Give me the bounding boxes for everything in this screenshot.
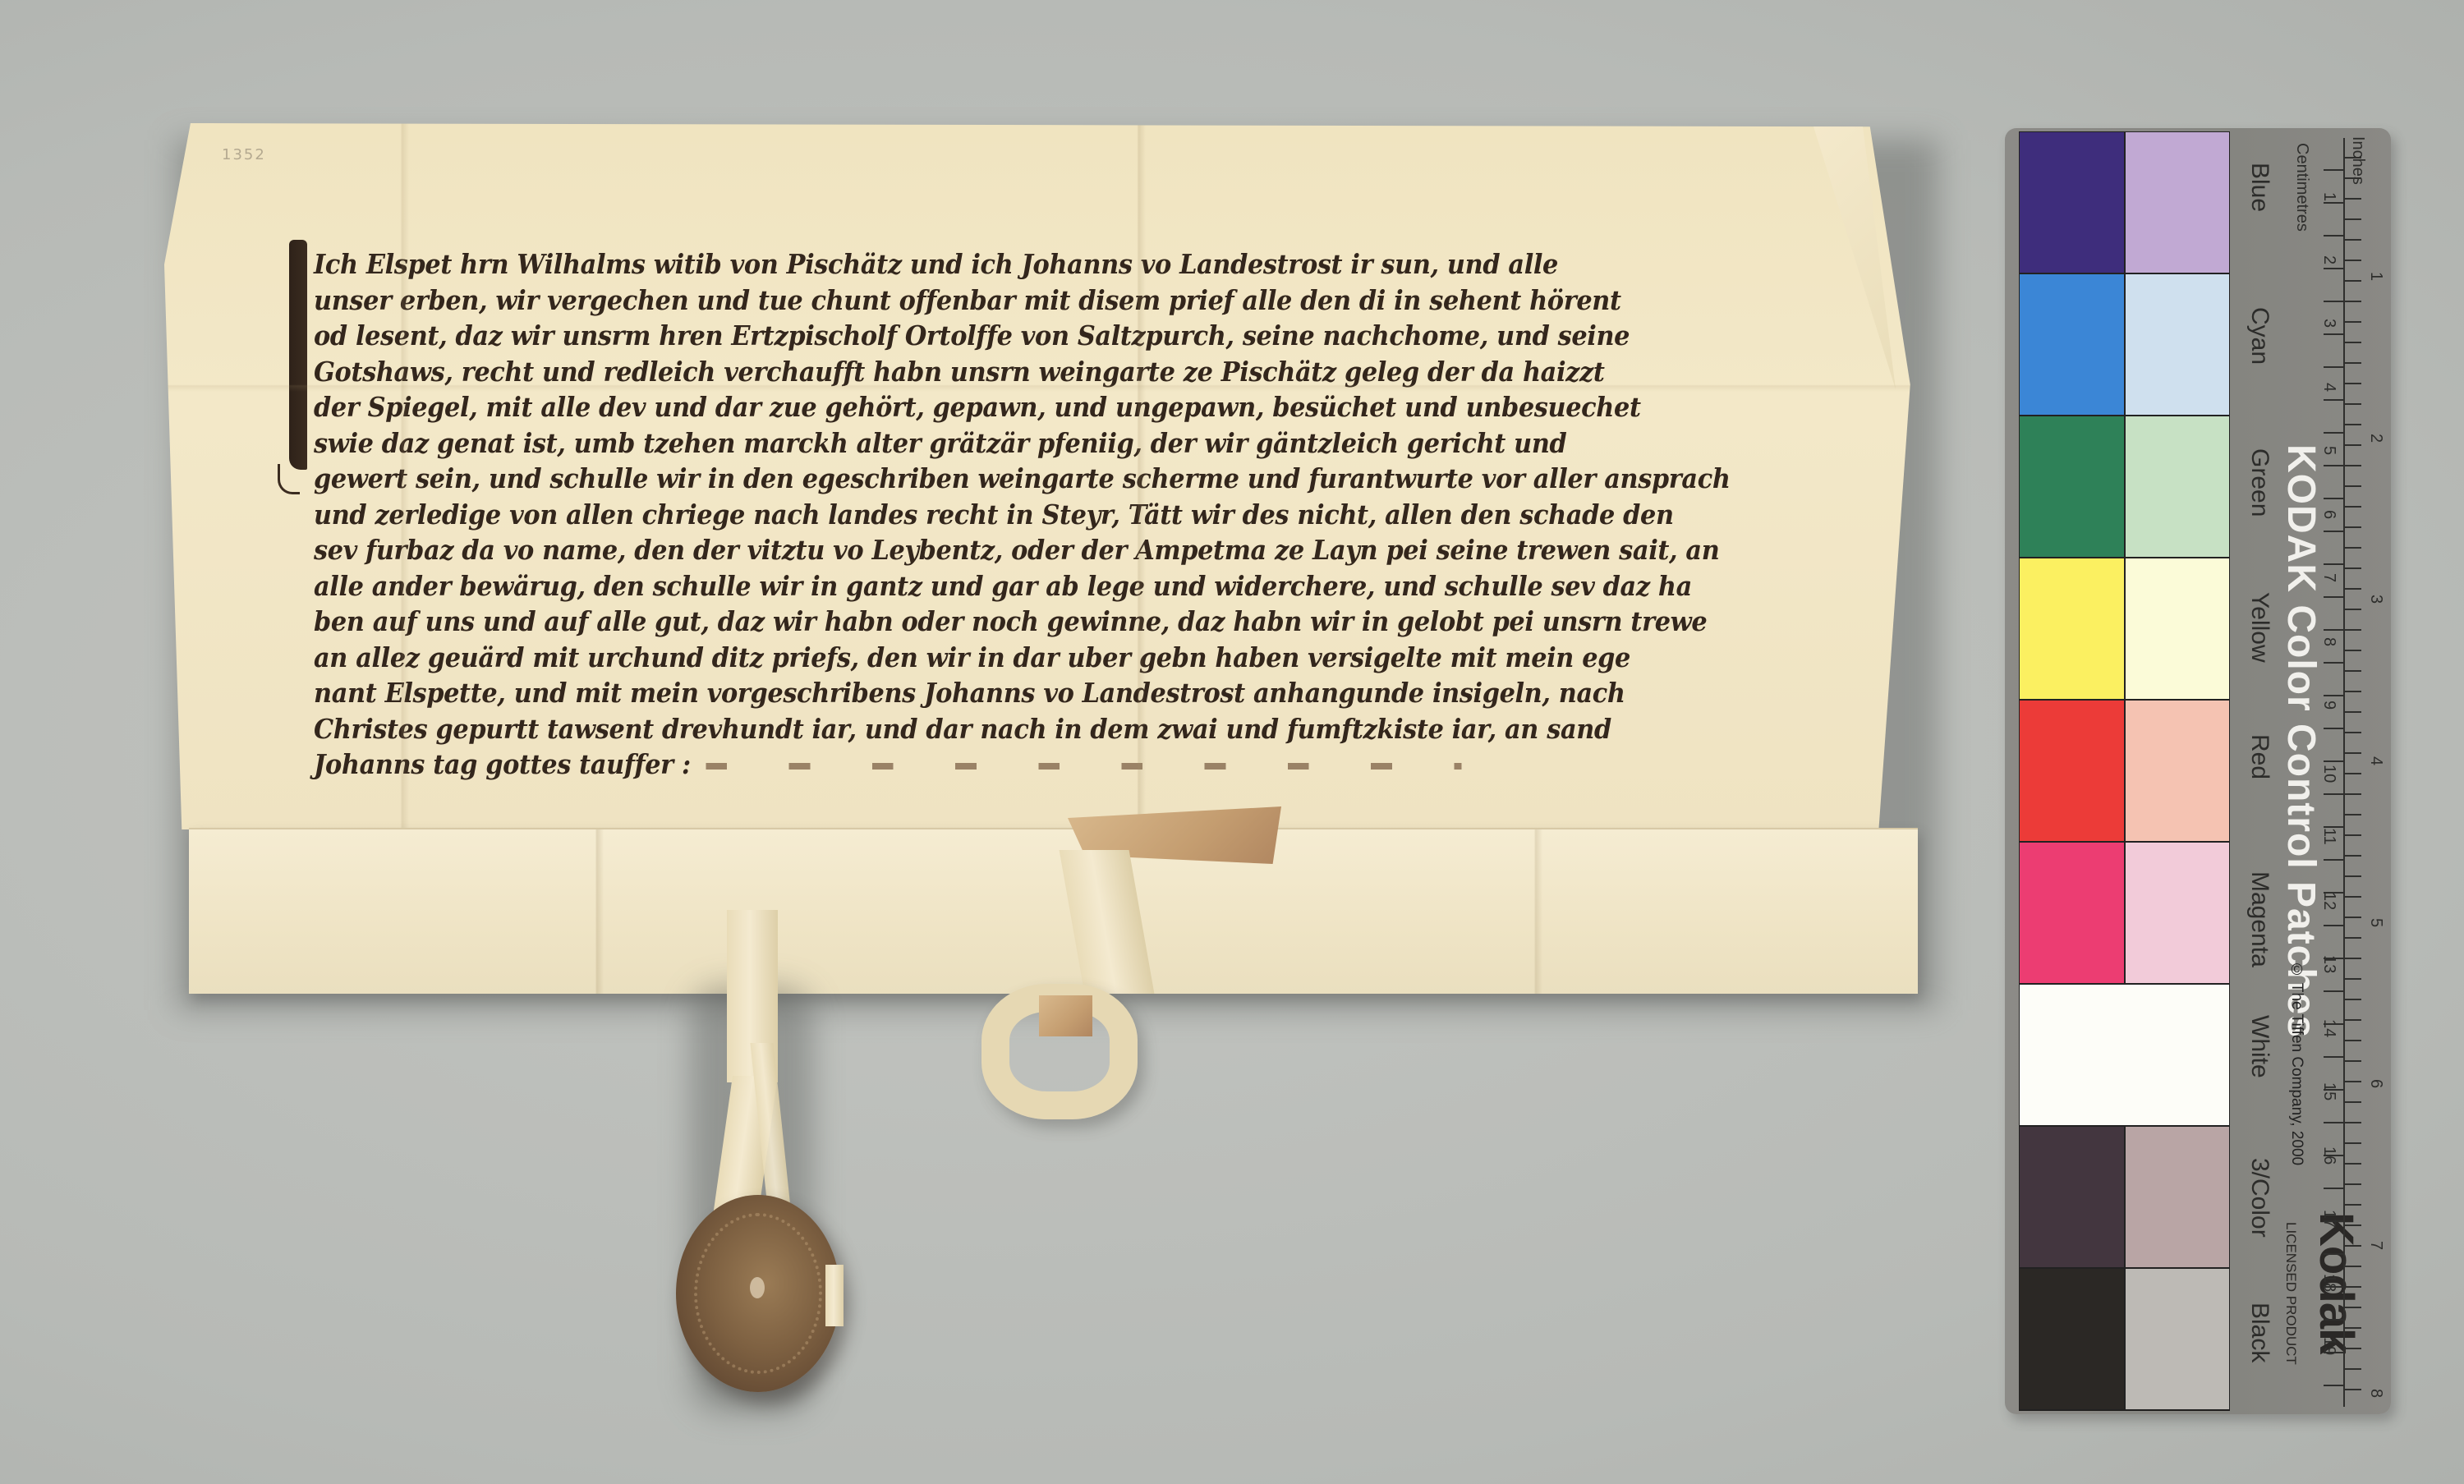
text-line: od lesent, daz wir unsrm hren Ertzpischo… [314,318,1749,354]
copyright-notice: © The Tiffen Company, 2000 [2287,962,2305,1165]
patch-3color-light [2125,1126,2231,1268]
patch-blue-light [2125,131,2231,273]
text-line-final: Johanns tag gottes tauffer : [314,747,1749,783]
label-3color: 3/Color [2246,1158,2273,1238]
patch-black-dark [2019,1268,2125,1410]
label-magenta: Magenta [2246,871,2273,967]
label-black: Black [2246,1303,2273,1362]
kodak-color-control-strip: Blue Cyan Green Yellow Red Magenta White… [2005,128,2391,1414]
text-line: alle ander bewärug, den schulle wir in g… [314,568,1749,604]
label-white: White [2246,1015,2273,1078]
patch-red-light [2125,700,2231,842]
patch-green-dark [2019,416,2125,558]
empty-seal-tag-patch [1039,995,1092,1036]
text-line: an allez geuärd mit urchund ditz priefs,… [314,640,1749,676]
text-line: sev furbaz da vo name, den der vitztu vo… [314,532,1749,568]
kodak-brand-title: KODAK Color Control Patches [2278,444,2324,1038]
patch-red-dark [2019,700,2125,842]
label-green: Green [2246,448,2273,517]
label-yellow: Yellow [2246,592,2273,663]
line-filler-dashes [706,763,1461,770]
patch-yellow-dark [2019,558,2125,700]
text-line: unser erben, wir vergechen und tue chunt… [314,283,1749,319]
seal-tag-end [825,1265,844,1326]
patch-magenta-light [2125,842,2231,984]
text-line: Christes gepurtt tawsent drevhundt iar, … [314,711,1749,747]
ruler-tick-marks [2324,138,2381,1407]
patch-black-light [2125,1268,2231,1410]
text-line: ben auf uns und auf alle gut, daz wir ha… [314,604,1749,640]
closing-text: Johanns tag gottes tauffer : [314,748,691,780]
text-line: und zerledige von allen chriege nach lan… [314,497,1749,533]
color-patches [2019,131,2230,1411]
label-cyan: Cyan [2246,307,2273,365]
patch-magenta-dark [2019,842,2125,984]
charter-text: Ich Elspet hrn Wilhalms witib von Pischä… [314,246,1874,783]
patch-green-light [2125,416,2231,558]
licensed-product-label: LICENSED PRODUCT [2282,1222,2299,1365]
patch-white [2019,984,2230,1126]
folded-corner [1814,126,1896,389]
text-line: gewert sein, und schulle wir in den eges… [314,461,1749,497]
label-red: Red [2246,734,2273,779]
archive-pencil-note: 1352 [222,146,266,163]
unit-centimetres: Centimetres [2292,143,2311,232]
patch-cyan-light [2125,273,2231,416]
text-line: der Spiegel, mit alle dev und dar zue ge… [314,389,1749,425]
label-blue: Blue [2246,163,2273,212]
parchment-main-panel: 1352 Ich Elspet hrn Wilhalms witib von P… [164,123,1914,829]
decorated-initial-i [289,240,307,470]
patch-3color-dark [2019,1126,2125,1268]
parchment-plica-fold [189,828,1918,994]
text-line: Gotshaws, recht und redleich verchaufft … [314,354,1749,390]
text-line: nant Elspette, und mit mein vorgeschribe… [314,675,1749,711]
text-line: Ich Elspet hrn Wilhalms witib von Pischä… [314,246,1749,283]
charter-document: 1352 Ich Elspet hrn Wilhalms witib von P… [164,123,1922,998]
patch-yellow-light [2125,558,2231,700]
patch-blue-dark [2019,131,2125,273]
text-line: swie daz genat ist, umb tzehen marckh al… [314,425,1749,462]
wax-seal [676,1195,840,1392]
patch-cyan-dark [2019,273,2125,416]
